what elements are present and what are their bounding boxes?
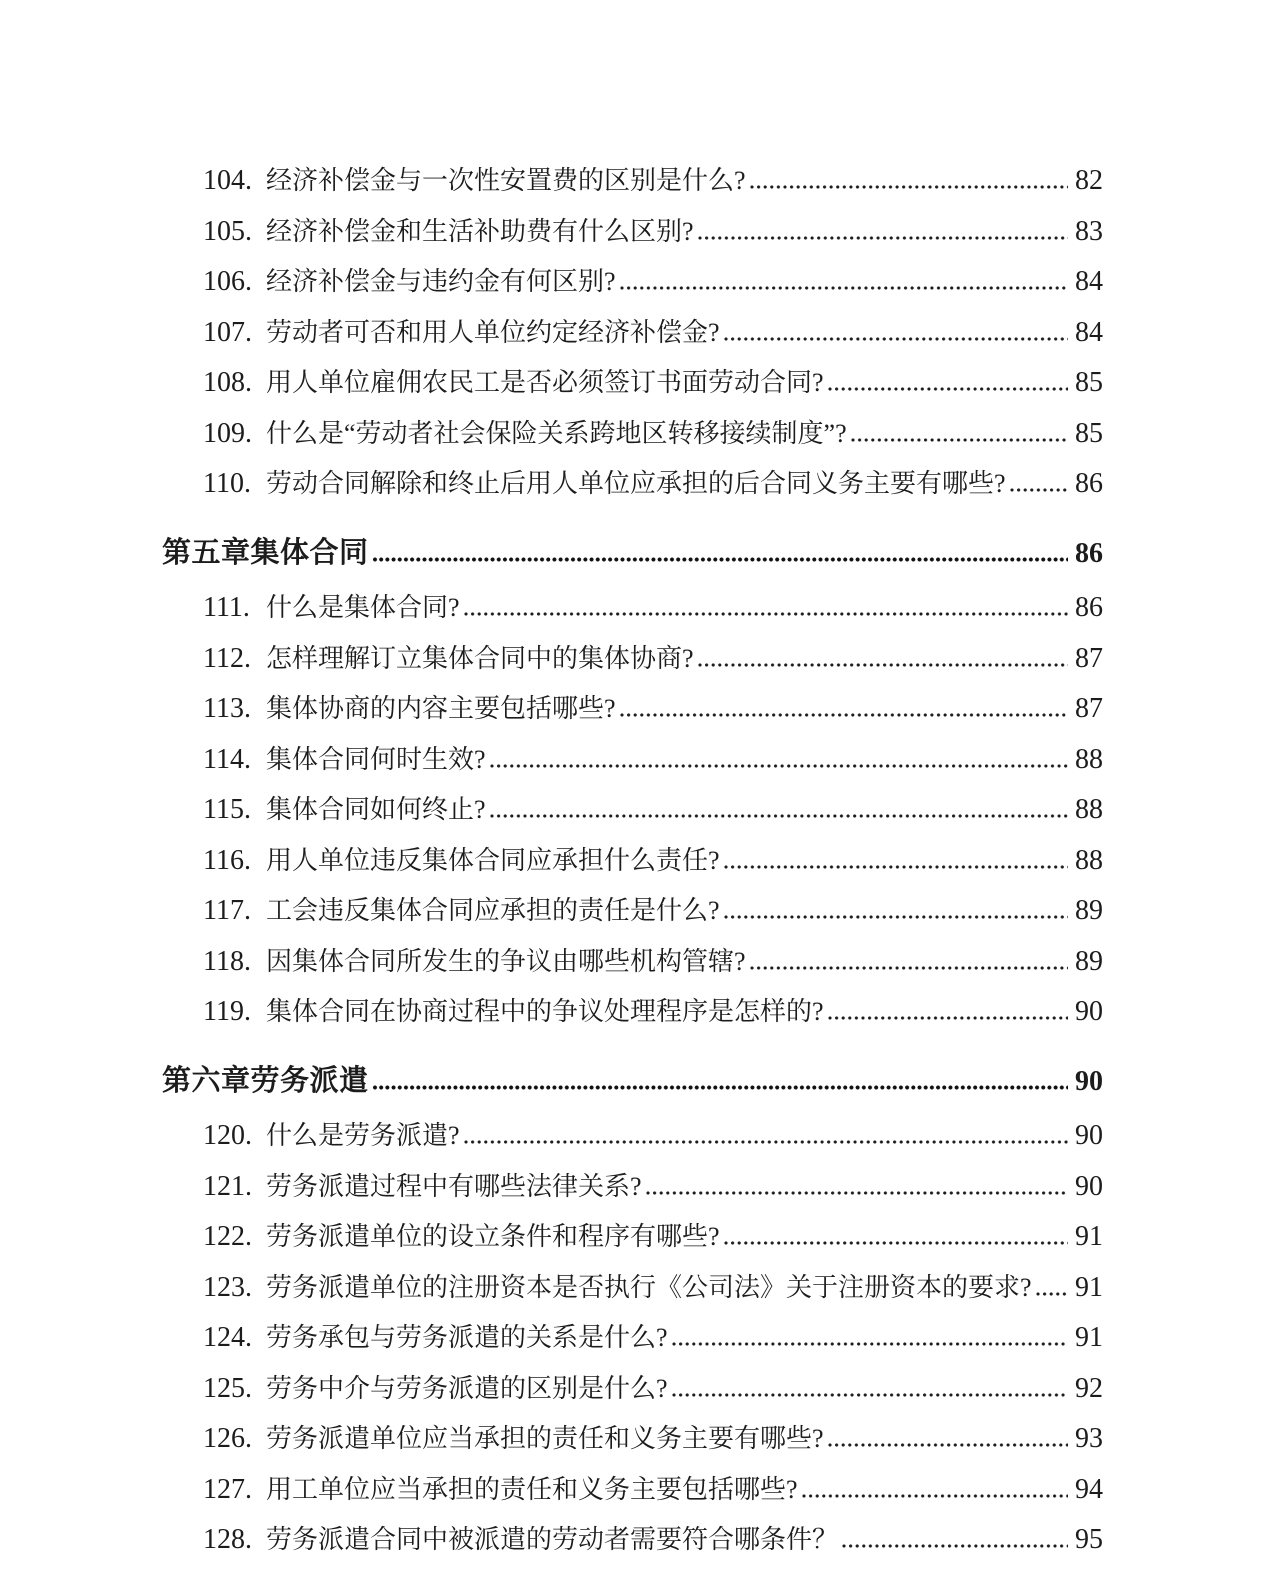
dot-leader: [619, 713, 1068, 717]
dot-leader: [697, 236, 1068, 240]
toc-entry-title: 劳务派遣合同中被派遣的劳动者需要符合哪条件？: [266, 1519, 838, 1556]
toc-entry: 108. 用人单位雇佣农民工是否必须签订书面劳动合同? 85: [162, 356, 1103, 407]
toc-entry: 114. 集体合同何时生效? 88: [162, 733, 1103, 784]
toc-entry-number: 109.: [203, 418, 266, 450]
toc-entry-number: 116.: [203, 845, 266, 877]
toc-entry-number: 113.: [203, 693, 266, 725]
toc-entry-number: 111.: [203, 592, 266, 624]
toc-entry-title: 劳动合同解除和终止后用人单位应承担的后合同义务主要有哪些?: [266, 463, 1006, 500]
toc-entry: 104. 经济补偿金与一次性安置费的区别是什么? 82: [162, 154, 1103, 205]
toc-entry-page: 91: [1075, 1221, 1103, 1253]
toc-entry-number: 121.: [203, 1171, 266, 1203]
dot-leader: [1009, 488, 1068, 492]
toc-entry: 118. 因集体合同所发生的争议由哪些机构管辖? 89: [162, 935, 1103, 986]
toc-entry-title: 用人单位违反集体合同应承担什么责任?: [266, 840, 720, 877]
toc-entry-title: 什么是劳务派遣?: [266, 1115, 460, 1152]
toc-entry-title: 劳动者可否和用人单位约定经济补偿金?: [266, 312, 720, 349]
toc-entry: 107. 劳动者可否和用人单位约定经济补偿金? 84: [162, 306, 1103, 357]
toc-entry-number: 122.: [203, 1221, 266, 1253]
toc-entry-page: 91: [1075, 1322, 1103, 1354]
toc-entry: 117. 工会违反集体合同应承担的责任是什么? 89: [162, 884, 1103, 935]
toc-entry-page: 90: [1075, 996, 1103, 1028]
toc-entry-number: 124.: [203, 1322, 266, 1354]
dot-leader: [723, 915, 1068, 919]
dot-leader: [850, 438, 1068, 442]
toc-entry: 111. 什么是集体合同? 86: [162, 581, 1103, 632]
toc-entry: 116. 用人单位违反集体合同应承担什么责任? 88: [162, 834, 1103, 885]
toc-entry-title: 劳务中介与劳务派遣的区别是什么?: [266, 1368, 668, 1405]
toc-entry-page: 90: [1075, 1120, 1103, 1152]
toc-entry-number: 112.: [203, 643, 266, 675]
toc-entry-page: 88: [1075, 794, 1103, 826]
toc-entry-number: 108.: [203, 367, 266, 399]
dot-leader: [645, 1191, 1068, 1195]
toc-entry: 105. 经济补偿金和生活补助费有什么区别? 83: [162, 205, 1103, 256]
dot-leader: [749, 966, 1068, 970]
toc-entry: 112. 怎样理解订立集体合同中的集体协商? 87: [162, 632, 1103, 683]
toc-entry-title: 经济补偿金和生活补助费有什么区别?: [266, 211, 694, 248]
toc-entry-title: 经济补偿金与违约金有何区别?: [266, 261, 616, 298]
toc-entry-page: 94: [1075, 1474, 1103, 1506]
toc-entry-page: 89: [1075, 946, 1103, 978]
dot-leader: [671, 1393, 1068, 1397]
dot-leader: [372, 557, 1068, 562]
toc-entry-title: 什么是集体合同?: [266, 587, 460, 624]
table-of-contents: 104. 经济补偿金与一次性安置费的区别是什么? 82 105. 经济补偿金和生…: [162, 154, 1103, 1564]
toc-entry-title: 因集体合同所发生的争议由哪些机构管辖?: [266, 941, 746, 978]
dot-leader: [723, 865, 1068, 869]
toc-chapter-page: 90: [1075, 1066, 1103, 1098]
toc-entry-page: 86: [1075, 468, 1103, 500]
toc-entry: 106. 经济补偿金与违约金有何区别? 84: [162, 255, 1103, 306]
dot-leader: [619, 286, 1068, 290]
dot-leader: [723, 337, 1068, 341]
toc-entry-title: 集体合同在协商过程中的争议处理程序是怎样的?: [266, 991, 824, 1028]
toc-entry-page: 86: [1075, 592, 1103, 624]
toc-entry-number: 110.: [203, 468, 266, 500]
toc-entry-page: 93: [1075, 1423, 1103, 1455]
dot-leader: [749, 185, 1068, 189]
toc-entry: 110. 劳动合同解除和终止后用人单位应承担的后合同义务主要有哪些? 86: [162, 457, 1103, 508]
toc-chapter-title: 第五章集体合同: [162, 530, 369, 571]
toc-entry-number: 127.: [203, 1474, 266, 1506]
toc-entry-page: 83: [1075, 216, 1103, 248]
toc-entry-title: 怎样理解订立集体合同中的集体协商?: [266, 638, 694, 675]
toc-entry-page: 87: [1075, 643, 1103, 675]
toc-entry: 121. 劳务派遣过程中有哪些法律关系? 90: [162, 1160, 1103, 1211]
toc-entry: 126. 劳务派遣单位应当承担的责任和义务主要有哪些? 93: [162, 1412, 1103, 1463]
toc-entry-number: 128.: [203, 1524, 266, 1556]
toc-entry-page: 91: [1075, 1272, 1103, 1304]
toc-entry-page: 88: [1075, 845, 1103, 877]
toc-entry: 127. 用工单位应当承担的责任和义务主要包括哪些? 94: [162, 1463, 1103, 1514]
toc-entry: 109. 什么是“劳动者社会保险关系跨地区转移接续制度”? 85: [162, 407, 1103, 458]
toc-entry-number: 104.: [203, 165, 266, 197]
toc-chapter: 第六章劳务派遣 90: [162, 1052, 1103, 1103]
toc-entry-title: 工会违反集体合同应承担的责任是什么?: [266, 890, 720, 927]
toc-entry-number: 120.: [203, 1120, 266, 1152]
scanned-document-page: 104. 经济补偿金与一次性安置费的区别是什么? 82 105. 经济补偿金和生…: [0, 0, 1280, 1573]
dot-leader: [489, 814, 1068, 818]
toc-entry-title: 用人单位雇佣农民工是否必须签订书面劳动合同?: [266, 362, 824, 399]
toc-chapter-page: 86: [1075, 538, 1103, 570]
toc-entry-number: 125.: [203, 1373, 266, 1405]
toc-entry: 123. 劳务派遣单位的注册资本是否执行《公司法》关于注册资本的要求? 91: [162, 1261, 1103, 1312]
toc-entry-page: 90: [1075, 1171, 1103, 1203]
toc-chapter-title: 第六章劳务派遣: [162, 1058, 369, 1099]
toc-entry-page: 89: [1075, 895, 1103, 927]
toc-entry: 113. 集体协商的内容主要包括哪些? 87: [162, 682, 1103, 733]
toc-entry-title: 经济补偿金与一次性安置费的区别是什么?: [266, 160, 746, 197]
toc-entry-number: 114.: [203, 744, 266, 776]
toc-entry-title: 用工单位应当承担的责任和义务主要包括哪些?: [266, 1469, 798, 1506]
dot-leader: [801, 1494, 1068, 1498]
dot-leader: [697, 663, 1068, 667]
toc-entry-title: 集体协商的内容主要包括哪些?: [266, 688, 616, 725]
dot-leader: [463, 1140, 1068, 1144]
toc-entry: 115. 集体合同如何终止? 88: [162, 783, 1103, 834]
toc-entry-page: 82: [1075, 165, 1103, 197]
toc-entry: 124. 劳务承包与劳务派遣的关系是什么? 91: [162, 1311, 1103, 1362]
toc-entry-page: 88: [1075, 744, 1103, 776]
toc-entry: 122. 劳务派遣单位的设立条件和程序有哪些? 91: [162, 1210, 1103, 1261]
dot-leader: [827, 387, 1068, 391]
dot-leader: [1035, 1292, 1068, 1296]
toc-entry-title: 什么是“劳动者社会保险关系跨地区转移接续制度”?: [266, 413, 847, 450]
toc-entry-page: 87: [1075, 693, 1103, 725]
toc-entry-number: 106.: [203, 266, 266, 298]
dot-leader: [489, 764, 1068, 768]
toc-entry-page: 85: [1075, 418, 1103, 450]
dot-leader: [372, 1085, 1068, 1090]
toc-entry-page: 85: [1075, 367, 1103, 399]
toc-entry-number: 105.: [203, 216, 266, 248]
toc-entry-page: 84: [1075, 317, 1103, 349]
toc-entry-number: 107.: [203, 317, 266, 349]
toc-entry-number: 123.: [203, 1272, 266, 1304]
dot-leader: [827, 1443, 1068, 1447]
dot-leader: [671, 1342, 1068, 1346]
toc-entry: 120. 什么是劳务派遣? 90: [162, 1109, 1103, 1160]
toc-entry-title: 集体合同如何终止?: [266, 789, 486, 826]
toc-entry-title: 劳务派遣单位应当承担的责任和义务主要有哪些?: [266, 1418, 824, 1455]
toc-entry-number: 117.: [203, 895, 266, 927]
toc-chapter: 第五章集体合同 86: [162, 524, 1103, 575]
toc-entry-number: 119.: [203, 996, 266, 1028]
toc-entry-number: 118.: [203, 946, 266, 978]
toc-entry-page: 95: [1075, 1524, 1103, 1556]
toc-entry-number: 115.: [203, 794, 266, 826]
toc-entry-page: 84: [1075, 266, 1103, 298]
toc-entry-title: 劳务承包与劳务派遣的关系是什么?: [266, 1317, 668, 1354]
toc-entry-title: 集体合同何时生效?: [266, 739, 486, 776]
dot-leader: [827, 1016, 1068, 1020]
dot-leader: [841, 1544, 1068, 1548]
toc-entry-page: 92: [1075, 1373, 1103, 1405]
dot-leader: [463, 612, 1068, 616]
toc-entry: 119. 集体合同在协商过程中的争议处理程序是怎样的? 90: [162, 985, 1103, 1036]
toc-entry-title: 劳务派遣单位的注册资本是否执行《公司法》关于注册资本的要求?: [266, 1267, 1032, 1304]
dot-leader: [723, 1241, 1068, 1245]
toc-entry: 125. 劳务中介与劳务派遣的区别是什么? 92: [162, 1362, 1103, 1413]
toc-entry-title: 劳务派遣过程中有哪些法律关系?: [266, 1166, 642, 1203]
toc-entry: 128. 劳务派遣合同中被派遣的劳动者需要符合哪条件？ 95: [162, 1513, 1103, 1564]
toc-entry-title: 劳务派遣单位的设立条件和程序有哪些?: [266, 1216, 720, 1253]
toc-entry-number: 126.: [203, 1423, 266, 1455]
